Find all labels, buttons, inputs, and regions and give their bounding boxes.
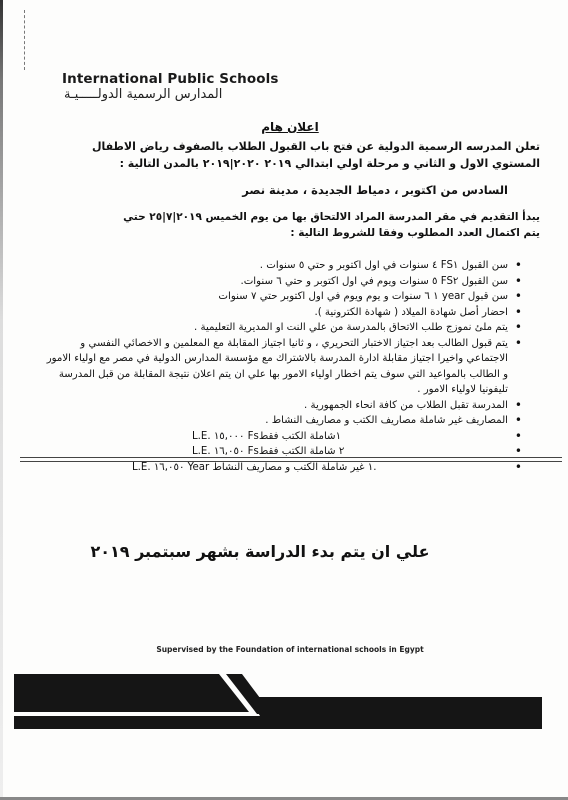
footer-decorative-band: [14, 674, 556, 730]
school-logo: International Public Schools المدارس الر…: [62, 72, 302, 104]
condition-item: سن القبول FS٢ ٥ سنوات ويوم في اول اكتوبر…: [42, 274, 522, 290]
intro-line-1: تعلن المدرسه الرسمية الدولية عن فتح باب …: [70, 138, 540, 155]
scan-strike-line: [20, 457, 562, 462]
scan-artifact: [24, 10, 27, 70]
condition-item: يتم ملئ نموزج طلب الاتحاق بالمدرسة من عل…: [42, 320, 522, 336]
closing-statement: علي ان يتم بدء الدراسة بشهر سبتمبر ٢٠١٩: [90, 542, 430, 561]
scanned-document: International Public Schools المدارس الر…: [0, 0, 568, 800]
condition-item: يتم قبول الطالب بعد اجتياز الاختبار التح…: [42, 336, 522, 398]
fee-item: L.E. ١٥,٠٠٠ Fs١شاملة الكتب فقط: [192, 429, 522, 445]
scan-edge: [0, 0, 3, 800]
condition-item: احضار أصل شهادة الميلاد ( شهادة الكتروني…: [42, 305, 522, 321]
conditions-list: سن القبول FS١ ٤ سنوات في اول اكتوبر و حت…: [42, 258, 540, 475]
apply-line-2: يتم اكتمال العدد المطلوب وفقا للشروط الت…: [70, 225, 540, 241]
cities-line: السادس من اكتوبر ، دمياط الجديدة ، مدينة…: [108, 183, 508, 197]
apply-paragraph: يبدأ التقديم في مقر المدرسة المراد الالت…: [70, 209, 540, 241]
condition-item: سن القبول FS١ ٤ سنوات في اول اكتوبر و حت…: [42, 258, 522, 274]
announcement-title: اعلان هام: [240, 120, 340, 134]
condition-item: المدرسة تقبل الطلاب من كافة انحاء الجمهو…: [42, 398, 522, 414]
apply-line-1: يبدأ التقديم في مقر المدرسة المراد الالت…: [70, 209, 540, 225]
condition-item: سن قبول year ١ ٦ سنوات و يوم ويوم في اول…: [42, 289, 522, 305]
logo-english: International Public Schools: [62, 72, 302, 86]
intro-paragraph: تعلن المدرسه الرسمية الدولية عن فتح باب …: [70, 138, 540, 172]
condition-item: المصاريف غير شاملة مصاريف الكتب و مصاريف…: [42, 413, 522, 429]
supervised-by-text: Supervised by the Foundation of internat…: [130, 645, 450, 654]
logo-arabic: المدارس الرسمية الدولـــــيـة: [64, 86, 302, 104]
intro-line-2: المستوي الاول و الثاني و مرحلة اولي ابتد…: [70, 155, 540, 172]
